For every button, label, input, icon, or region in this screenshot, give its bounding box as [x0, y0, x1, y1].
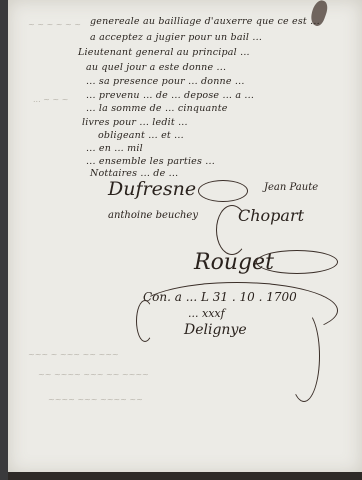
signature-flourish [256, 250, 338, 274]
text-line: ... la somme de ... cinquante [86, 103, 228, 114]
text-line: livres pour ... ledit ... [82, 117, 188, 128]
signature-flourish [198, 180, 248, 202]
text-line: ... sa presence pour ... donne ... [86, 76, 245, 87]
signature-beuchey: anthoine beuchey [108, 210, 198, 221]
text-line: genereale au bailliage d'auxerre que ce … [90, 16, 320, 27]
text-line: Lieutenant general au principal ... [78, 47, 250, 58]
signature-chopart: Chopart [238, 206, 304, 225]
bleed-through-text: ~~~~ ~~~ ~~~~ ~~ [48, 395, 143, 404]
text-line: ... prevenu ... de ... depose ... a ... [86, 90, 254, 101]
bleed-through-text: ~ ~ ~ ~ ~ ~ [28, 20, 81, 29]
page-edge [8, 472, 362, 480]
signature-delignye: Delignye [184, 322, 247, 338]
bleed-through-text: ~~ ~~~~ ~~~ ~~ ~~~~ [38, 370, 149, 379]
signature-dufresne: Dufresne [108, 178, 196, 200]
signature-flourish [216, 205, 248, 255]
text-line: ... en ... mil [86, 143, 143, 154]
signature-flourish [136, 300, 154, 342]
text-line: a acceptez a jugier pour un bail ... [90, 32, 262, 43]
text-line: au quel jour a este donne ... [86, 62, 226, 73]
signature-jean-paute: Jean Paute [264, 182, 318, 193]
text-line: ... ensemble les parties ... [86, 156, 215, 167]
manuscript-page: ~ ~ ~ ~ ~ ~ ... ~ ~ ~ ~~~ ~ ~~~ ~~ ~~~ ~… [8, 0, 362, 474]
signature-flourish [288, 310, 320, 402]
bleed-through-text: ... ~ ~ ~ [33, 95, 68, 104]
text-line: obligeant ... et ... [98, 130, 184, 141]
bleed-through-text: ~~~ ~ ~~~ ~~ ~~~ [28, 350, 119, 359]
